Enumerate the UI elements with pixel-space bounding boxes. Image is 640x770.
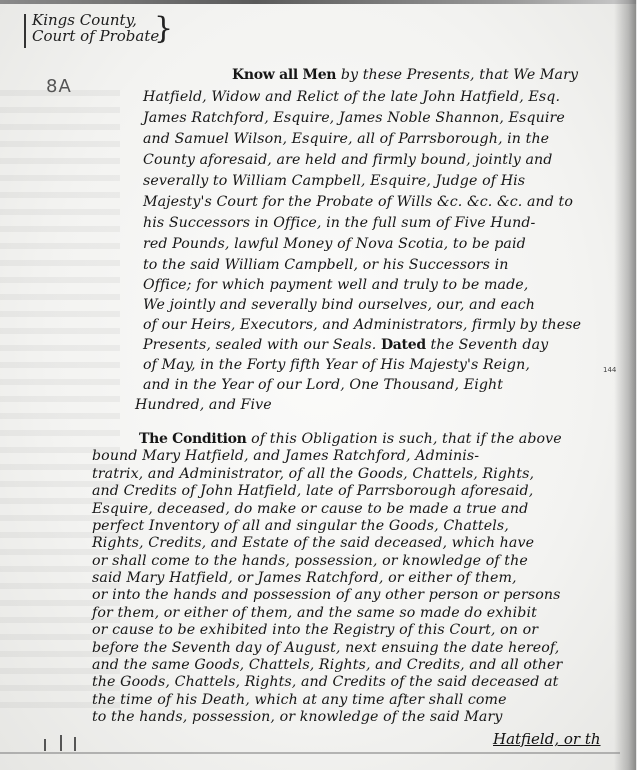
- page-top-edge: [0, 0, 640, 4]
- bond-line-15: of May, in the Forty fifth Year of His M…: [143, 356, 530, 374]
- bond-line-9: to the said William Campbell, or his Suc…: [143, 256, 509, 274]
- condition-line-0: The Condition of this Obligation is such…: [139, 430, 562, 448]
- bond-opening: Know all Men: [232, 67, 336, 83]
- heading-rule: [24, 14, 26, 48]
- condition-line-8: said Mary Hatfield, or James Ratchford, …: [92, 569, 517, 587]
- bond-line-2: James Ratchford, Esquire, James Noble Sh…: [143, 109, 565, 127]
- dated-word: Dated: [381, 337, 426, 353]
- margin-tick-marks: [40, 735, 100, 751]
- bond-line-4: County aforesaid, are held and firmly bo…: [143, 151, 552, 169]
- condition-line-4: Esquire, deceased, do make or cause to b…: [92, 500, 528, 518]
- bond-line-12: of our Heirs, Executors, and Administrat…: [143, 316, 581, 334]
- condition-line-1: bound Mary Hatfield, and James Ratchford…: [92, 447, 479, 465]
- condition-line-12: before the Seventh day of August, next e…: [92, 639, 559, 657]
- condition-line-7: or shall come to the hands, possession, …: [92, 552, 528, 570]
- condition-line-6: Rights, Credits, and Estate of the said …: [92, 534, 534, 552]
- bond-line-3: and Samuel Wilson, Esquire, all of Parrs…: [143, 130, 549, 148]
- bond-line-7: his Successors in Office, in the full su…: [143, 214, 535, 232]
- bond-line-16: and in the Year of our Lord, One Thousan…: [143, 376, 503, 394]
- condition-line-9: or into the hands and possession of any …: [92, 586, 561, 604]
- condition-line-3: and Credits of John Hatfield, late of Pa…: [92, 482, 533, 500]
- court-heading: Kings County, Court of Probate, }: [32, 12, 164, 44]
- bond-line-5: severally to William Campbell, Esquire, …: [143, 172, 525, 190]
- condition-line-2: tratrix, and Administrator, of all the G…: [92, 465, 534, 483]
- folio-number: 8A: [46, 76, 72, 97]
- condition-line-16: to the hands, possession, or knowledge o…: [92, 708, 502, 726]
- condition-opening: The Condition: [139, 431, 247, 447]
- bond-line-8: red Pounds, lawful Money of Nova Scotia,…: [143, 235, 526, 253]
- heading-court: Court of Probate,: [32, 28, 164, 44]
- bond-line-6: Majesty's Court for the Probate of Wills…: [143, 193, 573, 211]
- condition-line-11: or cause to be exhibited into the Regist…: [92, 621, 538, 639]
- bond-line-17: Hundred, and Five: [135, 396, 272, 414]
- bond-line-10: Office; for which payment well and truly…: [143, 276, 528, 294]
- condition-line-14: the Goods, Chattels, Rights, and Credits…: [92, 673, 558, 691]
- bond-line-11: We jointly and severally bind ourselves,…: [143, 296, 535, 314]
- signature-fragment: Hatfield, or th: [493, 730, 601, 748]
- margin-note: 144: [603, 366, 616, 374]
- heading-brace: }: [154, 14, 173, 44]
- page-right-edge-shadow: [614, 0, 640, 770]
- document-page: Kings County, Court of Probate, } 8A Kno…: [0, 0, 640, 770]
- bond-line-0: Know all Men by these Presents, that We …: [232, 66, 578, 84]
- bond-line-1: Hatfield, Widow and Relict of the late J…: [143, 88, 560, 106]
- heading-county: Kings County,: [32, 12, 164, 28]
- page-bottom-edge: [0, 752, 620, 754]
- condition-line-13: and the same Goods, Chattels, Rights, an…: [92, 656, 562, 674]
- condition-line-5: perfect Inventory of all and singular th…: [92, 517, 509, 535]
- condition-line-10: for them, or either of them, and the sam…: [92, 604, 537, 622]
- condition-line-15: the time of his Death, which at any time…: [92, 691, 507, 709]
- bond-line-13: Presents, sealed with our Seals. Dated t…: [143, 336, 548, 354]
